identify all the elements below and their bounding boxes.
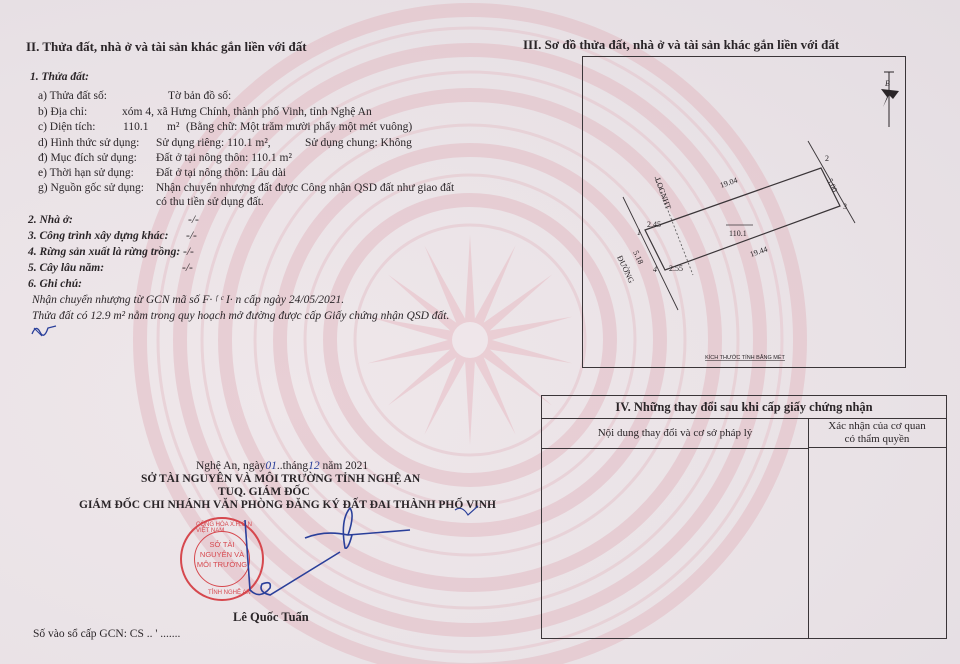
term-value: Đất ở tại nông thôn: Lâu dài — [156, 167, 286, 179]
origin-label: g) Nguồn gốc sử dụng: — [38, 182, 144, 194]
area-value: 110.1 — [123, 121, 148, 133]
authority-confirmation-cell — [809, 449, 946, 638]
forest-value: -/- — [183, 246, 194, 258]
note-1: Nhận chuyển nhượng từ GCN mã số F· ᶠ ᶜ I… — [32, 294, 344, 306]
column-change-content: Nội dung thay đổi và cơ sở pháp lý — [542, 418, 809, 449]
svg-text:B: B — [885, 79, 890, 88]
area-in-words: (Bằng chữ: Một trăm mười phẩy một mét vu… — [186, 121, 412, 133]
svg-text:110.1: 110.1 — [729, 229, 747, 238]
area-unit: m² — [167, 121, 179, 133]
house-label: 2. Nhà ở: — [28, 214, 73, 226]
svg-text:2: 2 — [825, 154, 829, 163]
perennial-value: -/- — [182, 262, 193, 274]
svg-text:4: 4 — [653, 265, 657, 274]
svg-text:3: 3 — [843, 202, 847, 211]
changes-table: IV. Những thay đổi sau khi cấp giấy chứn… — [541, 395, 947, 639]
svg-text:2.45: 2.45 — [647, 220, 661, 229]
svg-text:2.55: 2.55 — [669, 264, 683, 273]
on-behalf-title: TUQ. GIÁM ĐỐC — [218, 486, 310, 498]
other-works-value: -/- — [186, 230, 197, 242]
land-heading: 1. Thửa đất: — [30, 71, 89, 83]
house-value: -/- — [188, 214, 199, 226]
origin-value-2: có thu tiền sử dụng đất. — [156, 196, 264, 208]
svg-text:KÍCH THƯỚC TÍNH BẰNG MÉT: KÍCH THƯỚC TÍNH BẰNG MÉT — [705, 353, 785, 361]
common-use-value: Sử dụng chung: Không — [305, 137, 412, 149]
issue-date: Nghệ An, ngày01..tháng12 năm 2021 — [196, 460, 368, 472]
issuing-department: SỞ TÀI NGUYÊN VÀ MÔI TRƯỜNG TỈNH NGHỆ AN — [141, 473, 420, 485]
section-iii-title: III. Sơ đồ thửa đất, nhà ở và tài sản kh… — [523, 37, 839, 53]
svg-text:1: 1 — [637, 228, 641, 237]
parcel-plot: 123419.045.0019.445.182.452.55110.1ĐƯỜNG… — [583, 57, 905, 367]
registry-number: Số vào sổ cấp GCN: CS .. ' ....... — [33, 628, 180, 640]
svg-text:5.18: 5.18 — [631, 249, 645, 265]
address-value: xóm 4, xã Hưng Chính, thành phố Vinh, tỉ… — [122, 106, 372, 118]
section-iv-title: IV. Những thay đổi sau khi cấp giấy chứn… — [542, 396, 946, 419]
change-content-cell — [542, 449, 809, 638]
section-ii-title: II. Thửa đất, nhà ở và tài sản khác gắn … — [26, 39, 307, 55]
initial-mark — [28, 322, 58, 338]
term-label: e) Thời hạn sử dụng: — [38, 167, 134, 179]
map-sheet-label: Tờ bản đồ số: — [168, 90, 231, 102]
area-label: c) Diện tích: — [38, 121, 95, 133]
handwritten-signature — [230, 500, 480, 610]
purpose-value: Đất ở tại nông thôn: 110.1 m² — [156, 152, 292, 164]
usage-form-label: d) Hình thức sử dụng: — [38, 137, 139, 149]
parcel-number-label: a) Thửa đất số: — [38, 90, 107, 102]
other-works-label: 3. Công trình xây dựng khác: — [28, 230, 168, 242]
note-2: Thửa đất có 12.9 m² nằm trong quy hoạch … — [32, 310, 449, 322]
parcel-diagram: 123419.045.0019.445.182.452.55110.1ĐƯỜNG… — [582, 56, 906, 368]
column-authority-confirmation: Xác nhận của cơ quan có thẩm quyền — [808, 418, 946, 448]
origin-value-1: Nhận chuyển nhượng đất được Công nhận QS… — [156, 182, 454, 194]
svg-text:19.04: 19.04 — [719, 176, 739, 190]
signer-name: Lê Quốc Tuấn — [233, 610, 309, 625]
private-use-value: Sử dụng riêng: 110.1 m², — [156, 137, 271, 149]
svg-text:ĐƯỜNG: ĐƯỜNG — [615, 254, 637, 285]
address-label: b) Địa chỉ: — [38, 106, 87, 118]
notes-label: 6. Ghi chú: — [28, 278, 82, 290]
perennial-label: 5. Cây lâu năm: — [28, 262, 104, 274]
svg-text:19.44: 19.44 — [749, 245, 769, 259]
svg-text:LOGNHT: LOGNHT — [653, 177, 673, 211]
forest-label: 4. Rừng sản xuất là rừng trồng: — [28, 246, 180, 258]
purpose-label: đ) Mục đích sử dụng: — [38, 152, 137, 164]
